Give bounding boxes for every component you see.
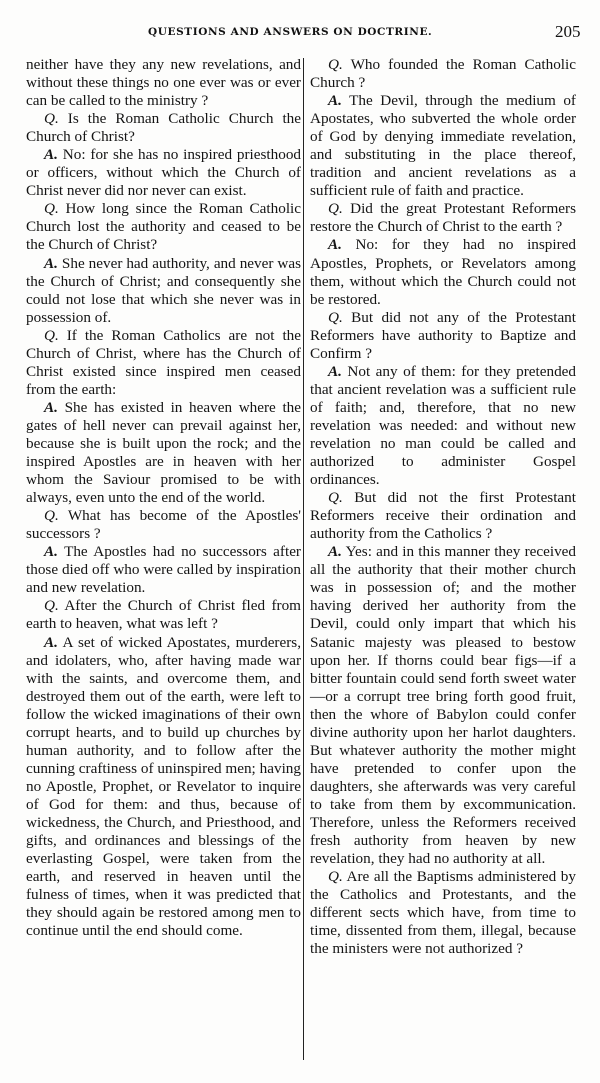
answer: A. She never had authority, and never wa…: [26, 255, 301, 327]
question-label: Q.: [328, 309, 343, 326]
paragraph-continuation: neither have they any new revelations, a…: [26, 56, 301, 110]
question-label: Q.: [328, 868, 343, 885]
question: Q. What has become of the Apostles' succ…: [26, 507, 301, 543]
question: Q. How long since the Roman Catholic Chu…: [26, 200, 301, 254]
answer-label: A.: [328, 92, 342, 109]
question: Q. Who founded the Roman Catholic Church…: [310, 56, 576, 92]
book-page: QUESTIONS AND ANSWERS ON DOCTRINE. 205 n…: [0, 0, 600, 1083]
column-divider: [303, 58, 304, 1060]
question: Q. But did not any of the Protestant Ref…: [310, 309, 576, 363]
answer: A. No: for they had no inspired Apostles…: [310, 236, 576, 308]
answer-label: A.: [44, 255, 58, 272]
question: Q. Are all the Baptisms administered by …: [310, 868, 576, 958]
answer: A. Yes: and in this manner they received…: [310, 543, 576, 868]
answer: A. No: for she has no inspired priesthoo…: [26, 146, 301, 200]
question-label: Q.: [44, 200, 59, 217]
answer-label: A.: [44, 543, 58, 560]
answer-label: A.: [44, 634, 58, 651]
answer-label: A.: [328, 543, 342, 560]
question: Q. Did the great Protestant Reformers re…: [310, 200, 576, 236]
answer: A. Not any of them: for they pretended t…: [310, 363, 576, 489]
question: Q. After the Church of Christ fled from …: [26, 597, 301, 633]
page-number: 205: [555, 22, 581, 42]
question-label: Q.: [44, 507, 59, 524]
question-label: Q.: [44, 597, 59, 614]
running-title: QUESTIONS AND ANSWERS ON DOCTRINE.: [148, 26, 432, 38]
answer: A. She has existed in heaven where the g…: [26, 399, 301, 507]
right-column: Q. Who founded the Roman Catholic Church…: [310, 56, 576, 958]
answer: A. The Apostles had no successors after …: [26, 543, 301, 597]
question-label: Q.: [328, 489, 343, 506]
answer-label: A.: [44, 399, 58, 416]
question: Q. Is the Roman Catholic Church the Chur…: [26, 110, 301, 146]
question-label: Q.: [328, 200, 343, 217]
answer: A. The Devil, through the medium of Apos…: [310, 92, 576, 200]
answer-label: A.: [328, 236, 342, 253]
question-label: Q.: [44, 327, 59, 344]
left-column: neither have they any new revelations, a…: [26, 56, 301, 940]
question-label: Q.: [328, 56, 343, 73]
answer: A. A set of wicked Apostates, murderers,…: [26, 634, 301, 941]
answer-label: A.: [44, 146, 58, 163]
page-header: QUESTIONS AND ANSWERS ON DOCTRINE. 205: [0, 22, 600, 42]
question: Q. But did not the first Protestant Refo…: [310, 489, 576, 543]
question-label: Q.: [44, 110, 59, 127]
question: Q. If the Roman Catholics are not the Ch…: [26, 327, 301, 399]
answer-label: A.: [328, 363, 342, 380]
